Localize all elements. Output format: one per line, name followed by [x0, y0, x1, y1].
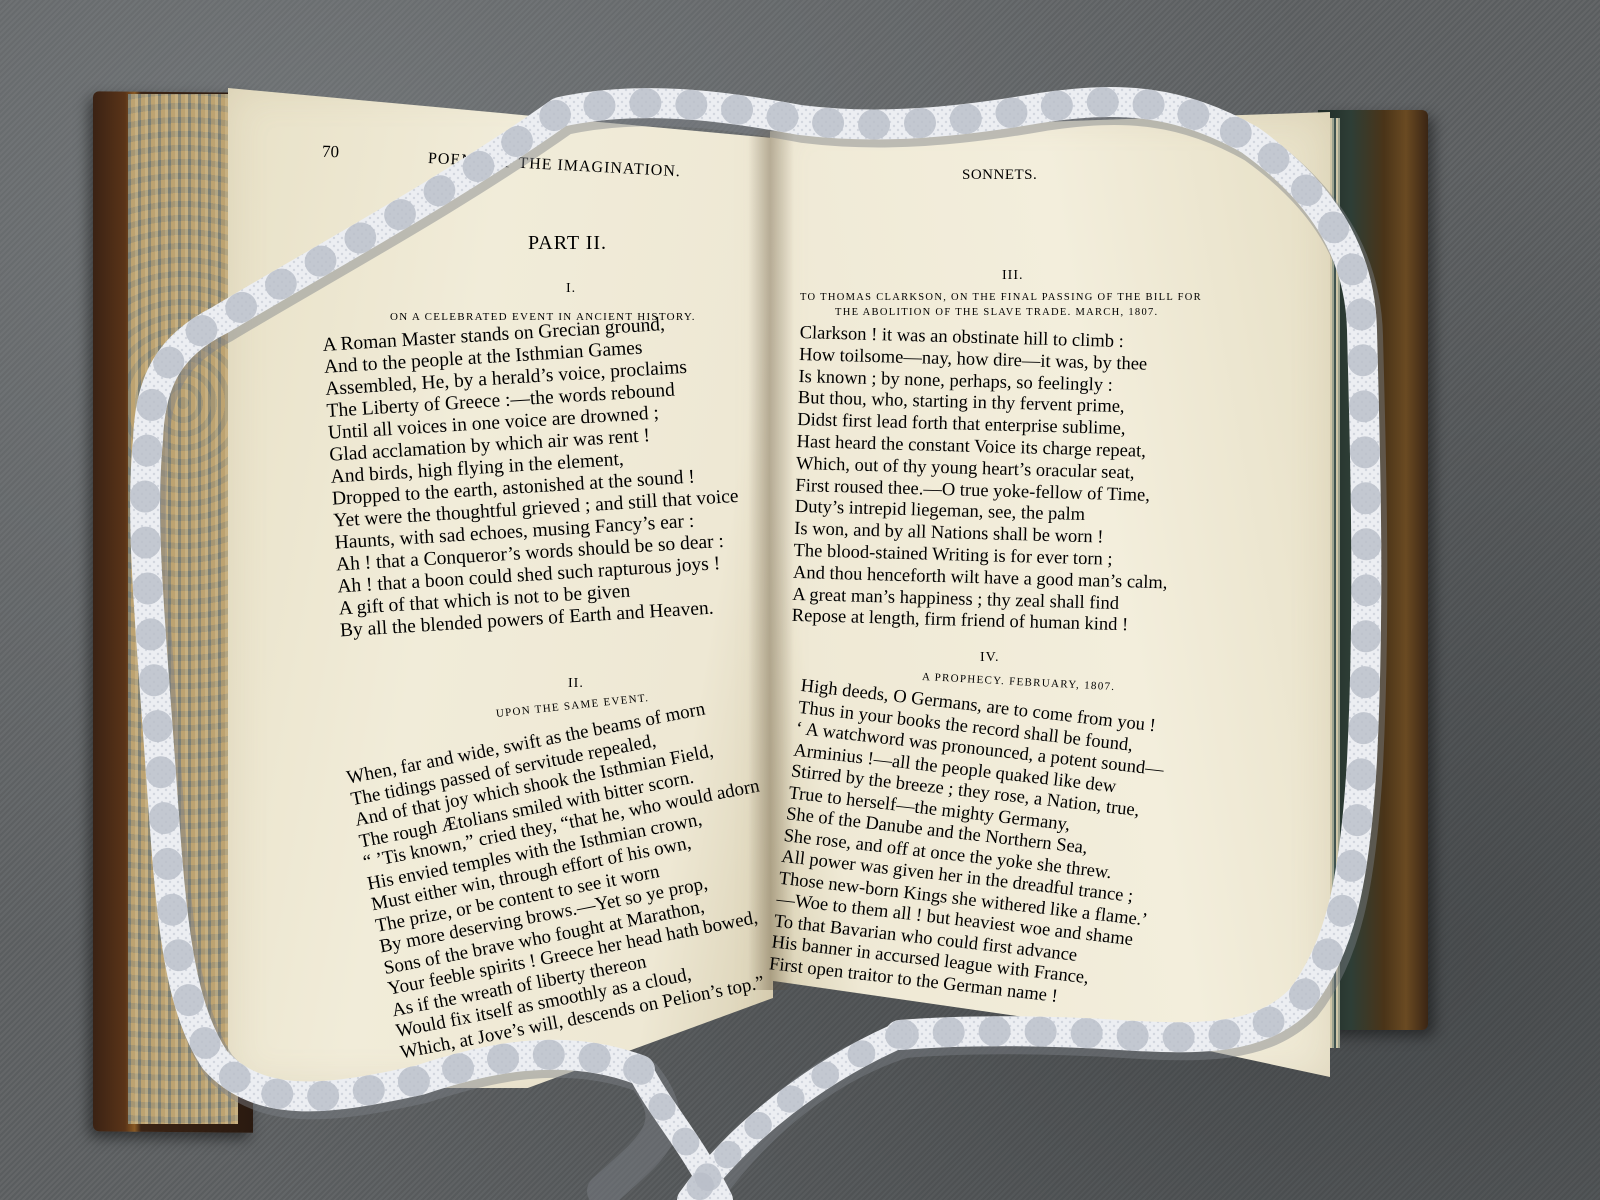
sonnet-3-numeral: III. [1002, 268, 1024, 284]
photo-scene: 70 POEMS OF THE IMAGINATION. PART II. I.… [0, 0, 1600, 1200]
sonnet-3-caption-line-2: the abolition of the slave trade. March,… [835, 307, 1158, 318]
running-head-right: SONNETS. [962, 167, 1037, 184]
page-number: 70 [322, 142, 340, 163]
part-title: PART II. [528, 232, 607, 255]
marbled-page-edges-left [128, 94, 238, 1124]
sonnet-1-numeral: I. [566, 281, 576, 297]
sonnet-3-caption-line-1: To Thomas Clarkson, on the final passing… [800, 292, 1202, 303]
sonnet-2-numeral: II. [568, 676, 584, 692]
sonnet-1-text: A Roman Master stands on Grecian ground,… [322, 310, 746, 642]
sonnet-4-numeral: IV. [980, 650, 999, 666]
sonnet-4-text: High deeds, O Germans, are to come from … [768, 676, 1171, 1017]
sonnet-3-text: Clarkson ! it was an obstinate hill to c… [791, 323, 1174, 638]
